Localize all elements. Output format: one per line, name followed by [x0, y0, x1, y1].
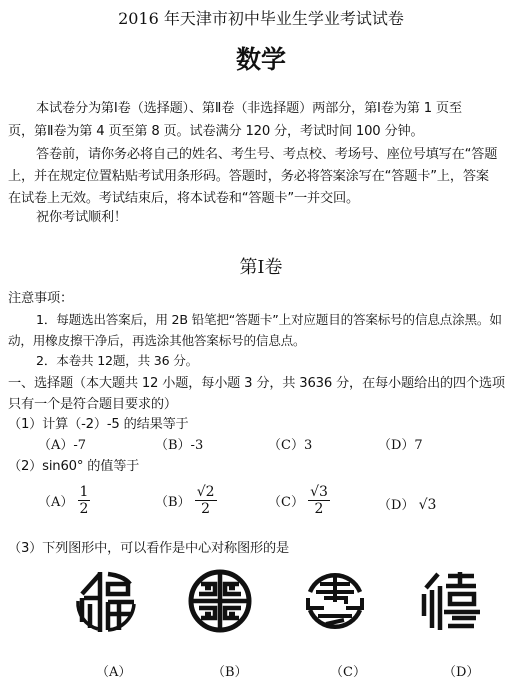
- intro-wish: 祝你考试顺利！: [36, 206, 127, 225]
- question-1-stem: （1）计算（-2）-5 的结果等于: [8, 413, 189, 432]
- shou-seal-figure-icon: [302, 568, 368, 634]
- denominator: 2: [78, 501, 91, 517]
- denominator: 2: [195, 501, 217, 517]
- subject-title: 数学: [0, 40, 522, 76]
- question-1-option-a: （A）-7: [38, 434, 86, 453]
- notes-item1-line1: 1．每题选出答案后，用 2B 铅笔把“答题卡”上对应题目的答案标号的信息点涂黑。…: [36, 309, 502, 328]
- question-1-option-b: （B）-3: [155, 434, 203, 453]
- numerator: √3: [308, 484, 330, 501]
- intro-para2-line2: 上，并在规定位置粘贴考试用条形码。答题时，务必将答案涂写在“答题卡”上，答案: [8, 165, 489, 184]
- intro-para2-line3: 在试卷上无效。考试结束后，将本试卷和“答题卡”一并交回。: [8, 187, 359, 206]
- denominator: 2: [308, 501, 330, 517]
- fraction: √2 2: [195, 484, 217, 517]
- notes-item2: 2．本卷共 12题，共 36 分。: [36, 350, 198, 369]
- question-2-option-c: （C） √3 2: [268, 484, 330, 517]
- section-title: 第Ⅰ卷: [0, 253, 522, 279]
- question-3-option-d: （D）: [443, 661, 479, 680]
- question-3-option-a: （A）: [96, 661, 131, 680]
- question-2-option-a: （A） 1 2: [38, 484, 90, 517]
- fu-seal-figure-icon: [72, 568, 138, 634]
- intro-para2-line1: 答卷前，请你务必将自己的姓名、考生号、考点校、考场号、座位号填写在“答题: [36, 143, 497, 162]
- question-3-option-b: （B）: [212, 661, 248, 680]
- question-1-option-c: （C）3: [268, 434, 312, 453]
- notes-item1-line2: 动，用橡皮擦干净后，再选涂其他答案标号的信息点。: [8, 330, 305, 349]
- part1-heading-line1: 一、选择题（本大题共 12 小题，每小题 3 分，共 3636 分，在每小题给出…: [8, 372, 505, 391]
- numerator: √2: [195, 484, 217, 501]
- notes-heading: 注意事项：: [8, 287, 73, 306]
- xi-seal-figure-icon: [418, 568, 484, 634]
- question-2-option-d: （D） √3: [378, 494, 436, 513]
- option-label: （D）: [378, 498, 414, 513]
- symmetric-seal-figure-icon: [187, 568, 253, 634]
- fraction: 1 2: [78, 484, 91, 517]
- fraction: √3 2: [308, 484, 330, 517]
- question-2-stem: （2）sin60° 的值等于: [8, 455, 139, 474]
- question-3-stem: （3）下列图形中，可以看作是中心对称图形的是: [8, 537, 289, 556]
- intro-para1-line1: 本试卷分为第Ⅰ卷（选择题）、第Ⅱ卷（非选择题）两部分，第Ⅰ卷为第 1 页至: [36, 97, 462, 116]
- question-1-option-d: （D）7: [378, 434, 423, 453]
- question-2-option-b: （B） √2 2: [155, 484, 217, 517]
- exam-title: 2016 年天津市初中毕业生学业考试试卷: [0, 6, 522, 29]
- numerator: 1: [78, 484, 91, 501]
- question-3-option-c: （C）: [330, 661, 366, 680]
- part1-heading-line2: 只有一个是符合题目要求的）: [8, 393, 177, 412]
- intro-para1-line2: 页，第Ⅱ卷为第 4 页至第 8 页。试卷满分 120 分，考试时间 100 分钟…: [8, 120, 423, 139]
- option-label: （B）: [155, 495, 191, 510]
- option-label: （A）: [38, 495, 73, 510]
- option-label: （C）: [268, 495, 304, 510]
- sqrt-value: √3: [419, 497, 437, 513]
